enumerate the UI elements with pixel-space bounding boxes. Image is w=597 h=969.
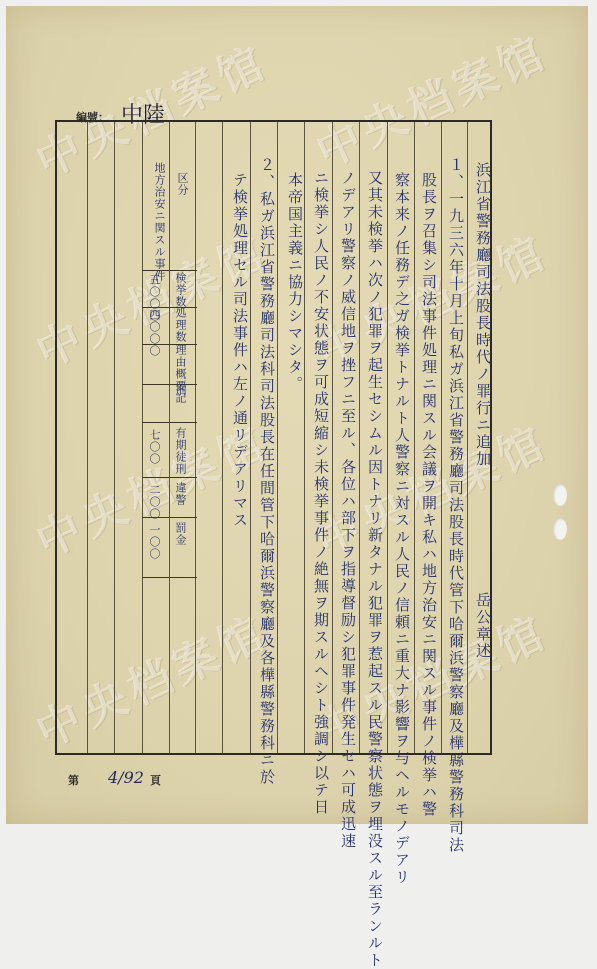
table-row-category: 刑 [175,384,186,396]
document-title: 浜江省警務廳司法股長時代ノ罪行ニ追加 [475,162,490,468]
grid-column-line [387,122,388,753]
table-row-category: 違警 [175,482,186,506]
text-column: ２、私ガ浜江省警務廳司法科司法股長在任間管下哈爾浜警察廳及各樺縣警務科ニ於 [259,157,274,786]
author-signature: 岳公章述 [475,592,490,660]
grid-column-line [467,122,468,753]
table-row-divider [142,577,197,578]
page-number: 4/92 [108,768,144,787]
grid-column-line [359,122,360,753]
table-row-category: 処理数 [175,307,186,343]
text-column: ノデアリ警察ノ威信地ヲ挫フニ至ル、各位ハ部下ヲ指導督励シ犯罪事件発生セハ可成迅速 [340,170,355,828]
punch-hole [553,484,567,506]
table-row-divider [142,384,197,385]
table-row-value: 七〇〇 [149,429,160,465]
text-column: 察本来ノ任務デ之ガ検挙トナルト人警察ニ対スル人民ノ信頼ニ重大ナ影響ヲ与ヘルモノデ… [394,172,409,828]
manuscript-grid: 浜江省警務廳司法股長時代ノ罪行ニ追加岳公章述１、一九三六年十月上旬私ガ浜江省警務… [55,120,492,755]
grid-column-line [87,122,88,753]
table-row-value: 二〇〇 [149,484,160,520]
grid-column-line [441,122,442,753]
table-row-value: 一〇〇 [149,524,160,560]
grid-column-line [250,122,251,753]
grid-column-line [142,122,143,753]
text-column: ニ検挙シ人民ノ不安状態ヲ可成短縮シ未検挙事件ノ絶無ヲ期スルヘシト強調シ以テ日 [313,170,328,816]
table-row-category: 有期徒刑 [175,427,186,475]
grid-column-line [222,122,223,753]
text-column: 股長ヲ召集シ司法事件処理ニ関スル会議ヲ開キ私ハ地方治安ニ関スル事件ノ検挙ハ警 [421,172,436,818]
table-header: 地方治安ニ関スル事件 [154,162,165,282]
table-row-divider [142,422,197,423]
grid-column-line [414,122,415,753]
grid-column-line [169,122,170,753]
table-row-value: 四〇〇〇 [149,309,160,357]
text-column: 又其未検挙ハ次ノ犯罪ヲ起生セシムル因トナリ新タナル犯罪ヲ惹起スル民警察状態ヲ埋没… [367,170,382,828]
grid-column-line [277,122,278,753]
text-column: １、一九三六年十月上旬私ガ浜江省警務廳司法股長時代管下哈爾浜警察廳及樺縣警務科司… [448,157,463,828]
grid-column-line [195,122,196,753]
grid-column-line [332,122,333,753]
table-label: 区分 [177,172,188,196]
grid-column-line [304,122,305,753]
text-column: テ検挙処理セル司法事件ハ左ノ通リデアリマス [232,172,247,529]
table-row-divider [142,477,197,478]
page-prefix: 第 [68,772,79,788]
text-column: 本帝国主義ニ協力シマシタ。 [287,172,302,393]
table-row-divider [142,270,197,271]
page-suffix: 頁 [150,772,161,788]
punch-hole [553,518,567,540]
table-row-category: 罰金 [175,522,186,546]
grid-column-line [114,122,115,753]
table-row-category: 検挙数 [175,272,186,308]
